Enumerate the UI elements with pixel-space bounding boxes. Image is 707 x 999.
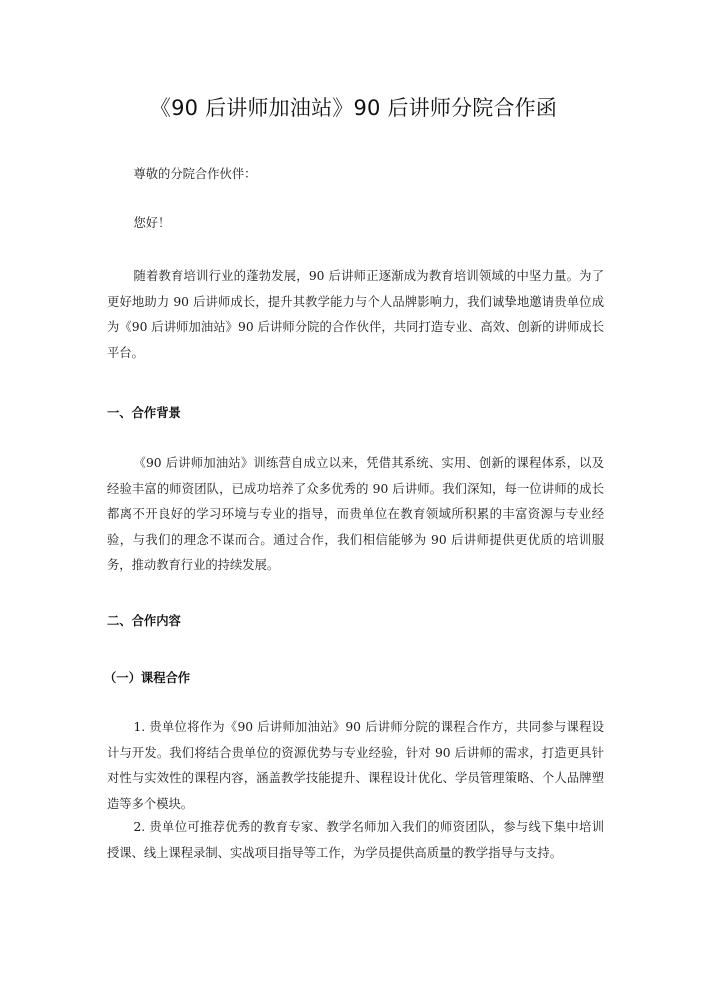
document-title: 《90 后讲师加油站》90 后讲师分院合作函 <box>0 92 707 124</box>
subsection-heading-course: （一）课程合作 <box>104 668 190 688</box>
course-item-1: 1. 贵单位将作为《90 后讲师加油站》90 后讲师分院的课程合作方，共同参与课… <box>107 715 604 817</box>
section-heading-content: 二、合作内容 <box>107 611 181 631</box>
greeting: 您好！ <box>107 211 604 237</box>
document-page: 《90 后讲师加油站》90 后讲师分院合作函 尊敬的分院合作伙伴： 您好！ 随着… <box>0 0 707 999</box>
course-item-2: 2. 贵单位可推荐优秀的教育专家、教学名师加入我们的师资团队，参与线下集中培训授… <box>107 815 604 866</box>
intro-paragraph: 随着教育培训行业的蓬勃发展，90 后讲师正逐渐成为教育培训领域的中坚力量。为了更… <box>107 264 604 366</box>
background-paragraph: 《90 后讲师加油站》训练营自成立以来，凭借其系统、实用、创新的课程体系，以及经… <box>107 451 604 579</box>
salutation: 尊敬的分院合作伙伴： <box>107 162 604 188</box>
section-heading-background: 一、合作背景 <box>107 403 181 423</box>
